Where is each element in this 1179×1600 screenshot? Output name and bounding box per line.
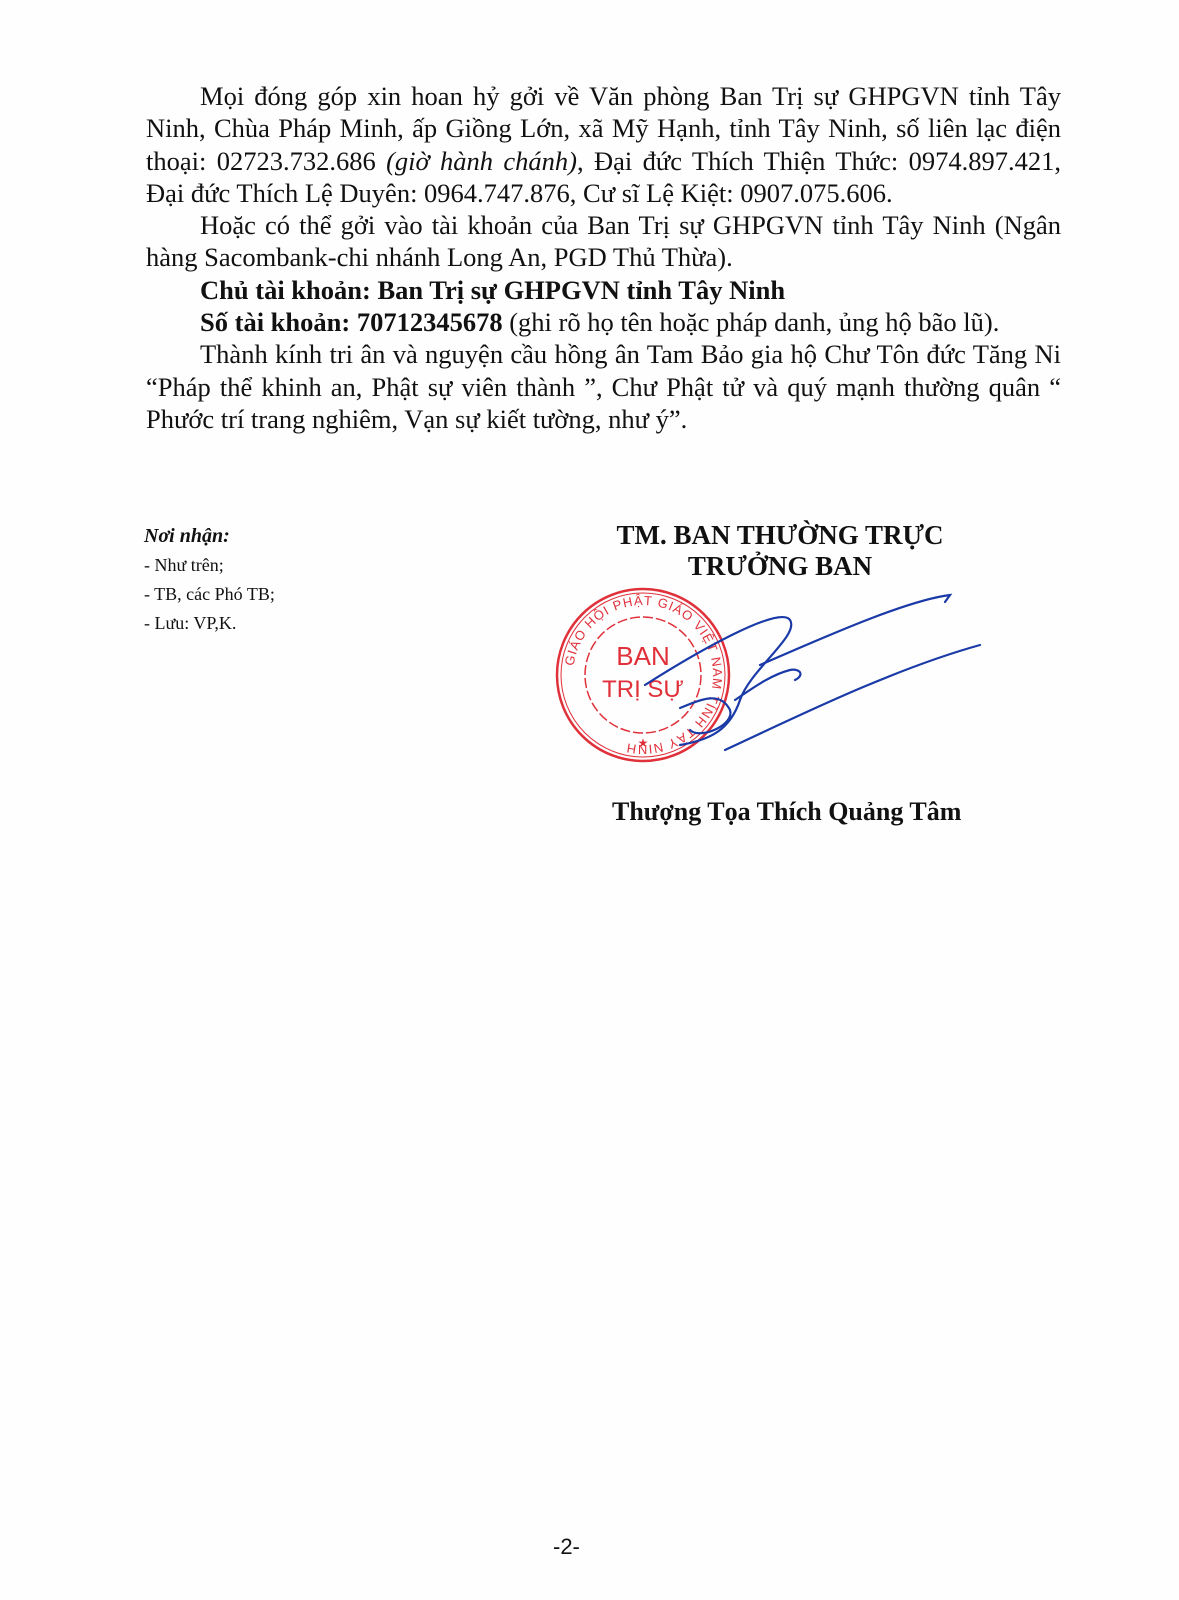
- handwritten-signature: [640, 590, 1000, 770]
- account-number: Số tài khoản: 70712345678: [200, 307, 503, 337]
- recipient-item: - TB, các Phó TB;: [144, 580, 275, 609]
- signature-heading: TM. BAN THƯỜNG TRỰC TRƯỞNG BAN: [580, 520, 980, 582]
- contact-paragraph: Mọi đóng góp xin hoan hỷ gởi về Văn phòn…: [146, 80, 1061, 209]
- office-hours-note: (giờ hành chánh): [386, 146, 577, 176]
- signature-line1: TM. BAN THƯỜNG TRỰC: [580, 520, 980, 551]
- recipient-item: - Lưu: VP,K.: [144, 609, 275, 638]
- account-holder: Chủ tài khoản: Ban Trị sự GHPGVN tỉnh Tâ…: [146, 274, 1061, 306]
- document-body: Mọi đóng góp xin hoan hỷ gởi về Văn phòn…: [146, 80, 1061, 435]
- account-number-line: Số tài khoản: 70712345678 (ghi rõ họ tên…: [146, 306, 1061, 338]
- gratitude-paragraph: Thành kính tri ân và nguyện cầu hồng ân …: [146, 338, 1061, 435]
- signature-line2: TRƯỞNG BAN: [580, 551, 980, 582]
- page-number: -2-: [553, 1534, 580, 1560]
- recipient-item: - Như trên;: [144, 551, 275, 580]
- recipients-title: Nơi nhận:: [144, 522, 275, 551]
- signer-name: Thượng Tọa Thích Quảng Tâm: [612, 797, 961, 827]
- document-page: Mọi đóng góp xin hoan hỷ gởi về Văn phòn…: [0, 0, 1179, 1600]
- recipients-block: Nơi nhận: - Như trên; - TB, các Phó TB; …: [144, 522, 275, 638]
- bank-paragraph: Hoặc có thể gởi vào tài khoản của Ban Tr…: [146, 209, 1061, 274]
